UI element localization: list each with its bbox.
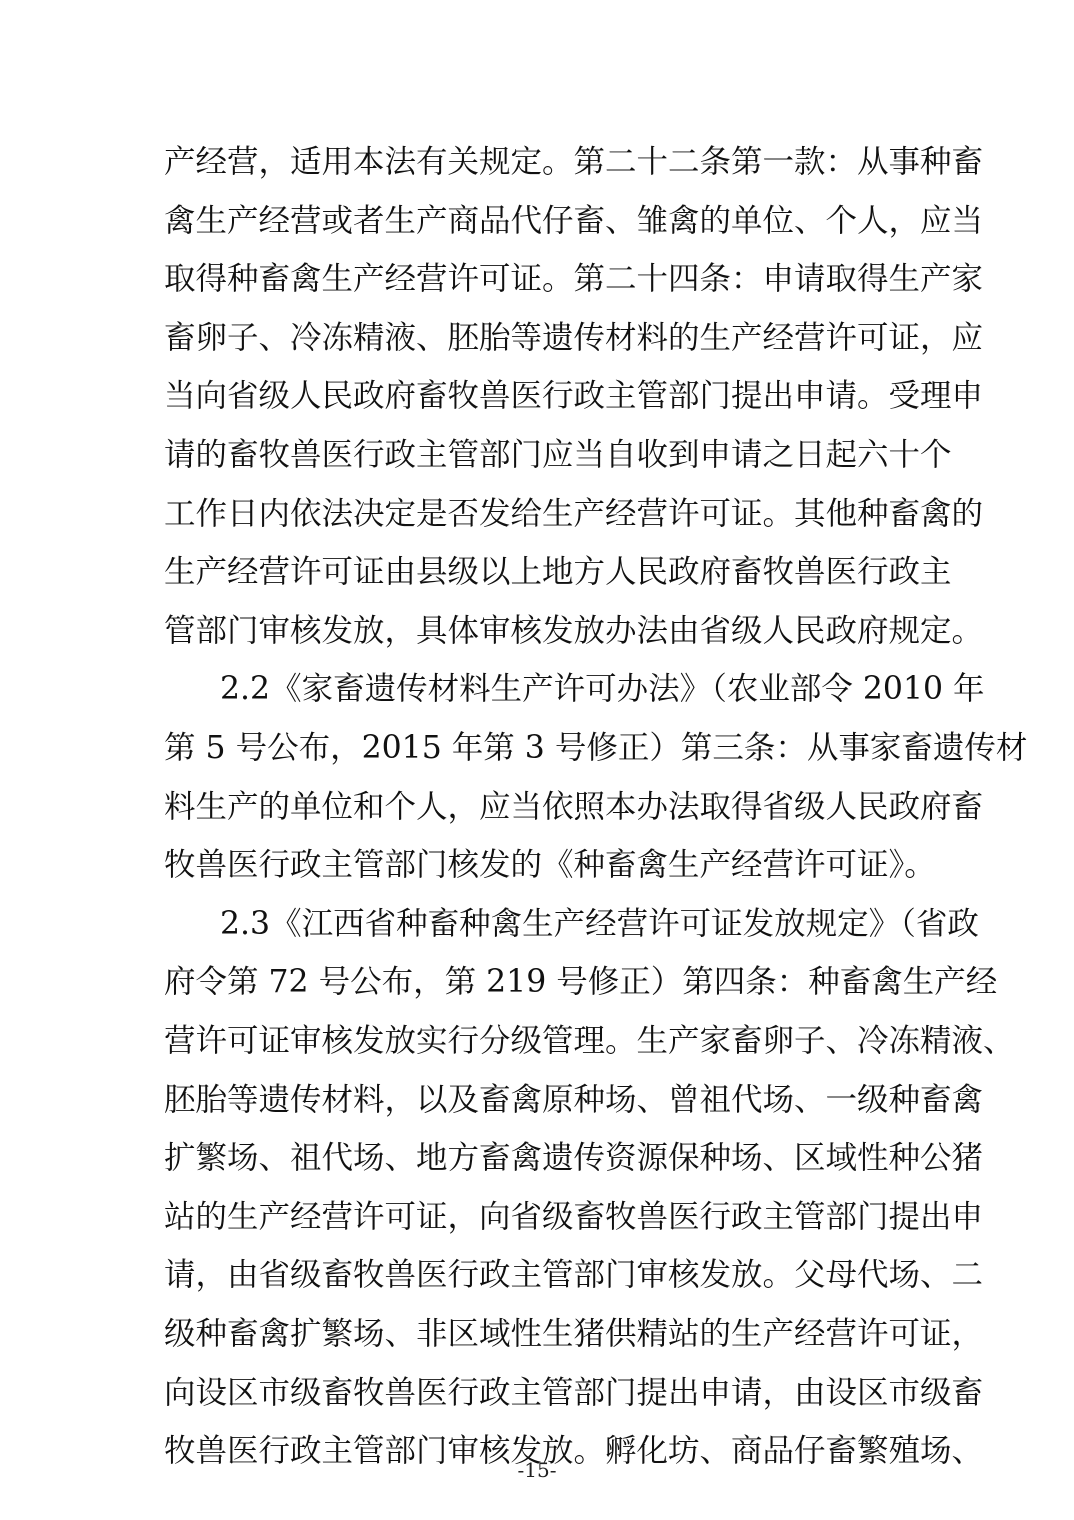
text-line: 畜卵子、冷冻精液、胚胎等遗传材料的生产经营许可证，应 — [164, 318, 912, 358]
section-2-2-heading-line: 2.2《家畜遗传材料生产许可办法》（农业部令 2010 年 — [220, 669, 912, 709]
text-line: 取得种畜禽生产经营许可证。第二十四条：申请取得生产家 — [164, 259, 912, 299]
text-line: 管部门审核发放，具体审核发放办法由省级人民政府规定。 — [164, 611, 912, 651]
text-line: 请，由省级畜牧兽医行政主管部门审核发放。父母代场、二 — [164, 1255, 912, 1295]
text-line: 府令第 72 号公布，第 219 号修正）第四条：种畜禽生产经 — [164, 962, 912, 1002]
text-line: 生产经营许可证由县级以上地方人民政府畜牧兽医行政主 — [164, 552, 912, 592]
text-line: 营许可证审核发放实行分级管理。生产家畜卵子、冷冻精液、 — [164, 1021, 912, 1061]
text-line: 当向省级人民政府畜牧兽医行政主管部门提出申请。受理申 — [164, 376, 912, 416]
text-line: 扩繁场、祖代场、地方畜禽遗传资源保种场、区域性种公猪 — [164, 1138, 912, 1178]
text-line: 产经营，适用本法有关规定。第二十二条第一款：从事种畜 — [164, 142, 912, 182]
text-line: 级种畜禽扩繁场、非区域性生猪供精站的生产经营许可证， — [164, 1314, 912, 1354]
text-line: 禽生产经营或者生产商品代仔畜、雏禽的单位、个人，应当 — [164, 201, 912, 241]
text-line: 料生产的单位和个人，应当依照本办法取得省级人民政府畜 — [164, 787, 912, 827]
text-line: 工作日内依法决定是否发给生产经营许可证。其他种畜禽的 — [164, 494, 912, 534]
document-page: 产经营，适用本法有关规定。第二十二条第一款：从事种畜 禽生产经营或者生产商品代仔… — [0, 0, 1074, 1520]
text-line: 牧兽医行政主管部门核发的《种畜禽生产经营许可证》。 — [164, 845, 912, 885]
text-line: 第 5 号公布，2015 年第 3 号修正）第三条：从事家畜遗传材 — [164, 728, 912, 768]
section-2-3-heading-line: 2.3《江西省种畜种禽生产经营许可证发放规定》（省政 — [220, 904, 912, 944]
text-line: 请的畜牧兽医行政主管部门应当自收到申请之日起六十个 — [164, 435, 912, 475]
text-line: 胚胎等遗传材料，以及畜禽原种场、曾祖代场、一级种畜禽 — [164, 1080, 912, 1120]
text-line: 站的生产经营许可证，向省级畜牧兽医行政主管部门提出申 — [164, 1197, 912, 1237]
page-number: -15- — [0, 1458, 1074, 1482]
text-line: 向设区市级畜牧兽医行政主管部门提出申请，由设区市级畜 — [164, 1373, 912, 1413]
